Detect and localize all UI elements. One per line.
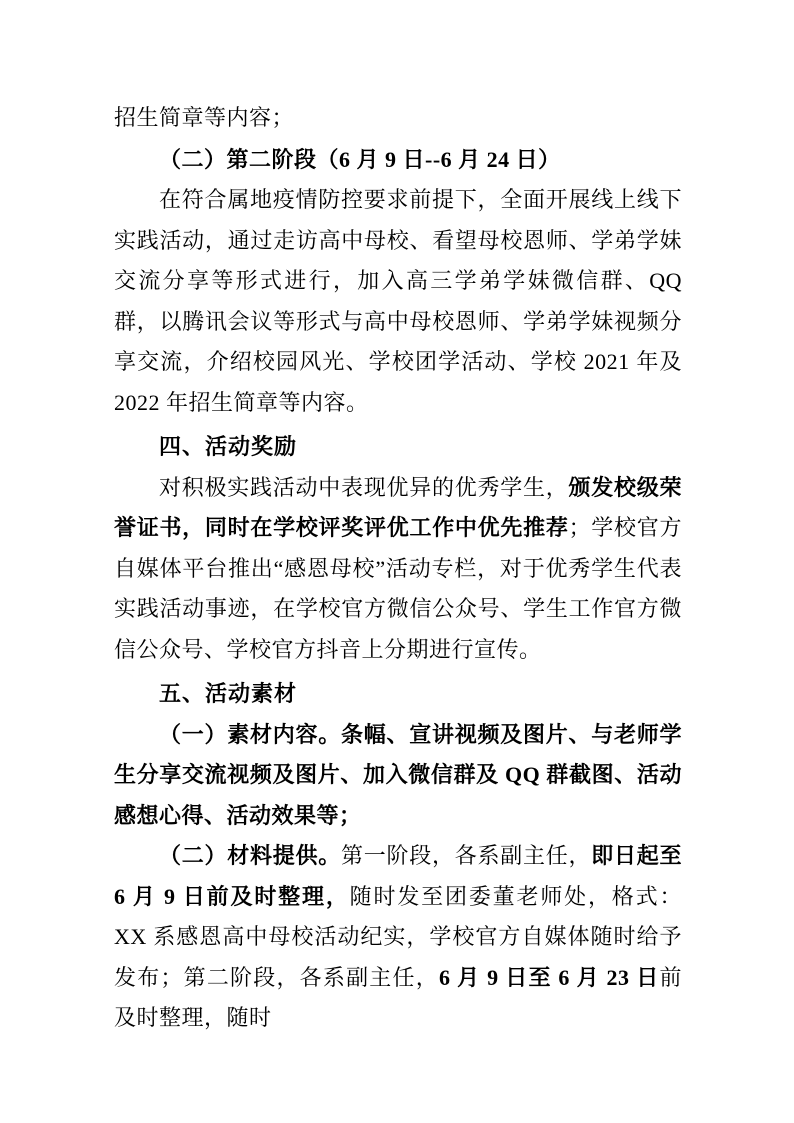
paragraph-material-submission: （二）材料提供。第一阶段，各系副主任，即日起至 6 月 9 日前及时整理，随时发… bbox=[114, 836, 682, 1039]
text-run-bold: （一）素材内容。条幅、宣讲视频及图片、与老师学生分享交流视频及图片、加入微信群及… bbox=[114, 722, 682, 828]
section-heading-rewards: 四、活动奖励 bbox=[114, 427, 682, 468]
paragraph-continuation: 招生简章等内容； bbox=[114, 98, 682, 139]
document-page: 招生简章等内容； （二）第二阶段（6 月 9 日--6 月 24 日） 在符合属… bbox=[0, 0, 794, 1123]
text-run: 五、活动素材 bbox=[159, 681, 297, 706]
text-run: 第一阶段，各系副主任， bbox=[341, 843, 591, 868]
subheading-stage-two: （二）第二阶段（6 月 9 日--6 月 24 日） bbox=[114, 140, 682, 181]
text-run: 招生简章等内容； bbox=[114, 105, 294, 130]
paragraph-material-content: （一）素材内容。条幅、宣讲视频及图片、与老师学生分享交流视频及图片、加入微信群及… bbox=[114, 715, 682, 837]
text-run-bold: 6 月 9 日至 6 月 23 日 bbox=[439, 965, 660, 990]
paragraph-stage-two-details: 在符合属地疫情防控要求前提下，全面开展线上线下实践活动，通过走访高中母校、看望母… bbox=[114, 180, 682, 423]
text-run-bold: （二）材料提供。 bbox=[159, 843, 341, 868]
text-run: （二）第二阶段（6 月 9 日--6 月 24 日） bbox=[159, 147, 561, 172]
text-run: 四、活动奖励 bbox=[159, 434, 297, 459]
section-heading-materials: 五、活动素材 bbox=[114, 674, 682, 715]
text-run: 在符合属地疫情防控要求前提下，全面开展线上线下实践活动，通过走访高中母校、看望母… bbox=[114, 187, 682, 415]
text-run: 对积极实践活动中表现优异的优秀学生， bbox=[159, 475, 568, 500]
paragraph-rewards-details: 对积极实践活动中表现优异的优秀学生，颁发校级荣誉证书，同时在学校评奖评优工作中优… bbox=[114, 468, 682, 671]
